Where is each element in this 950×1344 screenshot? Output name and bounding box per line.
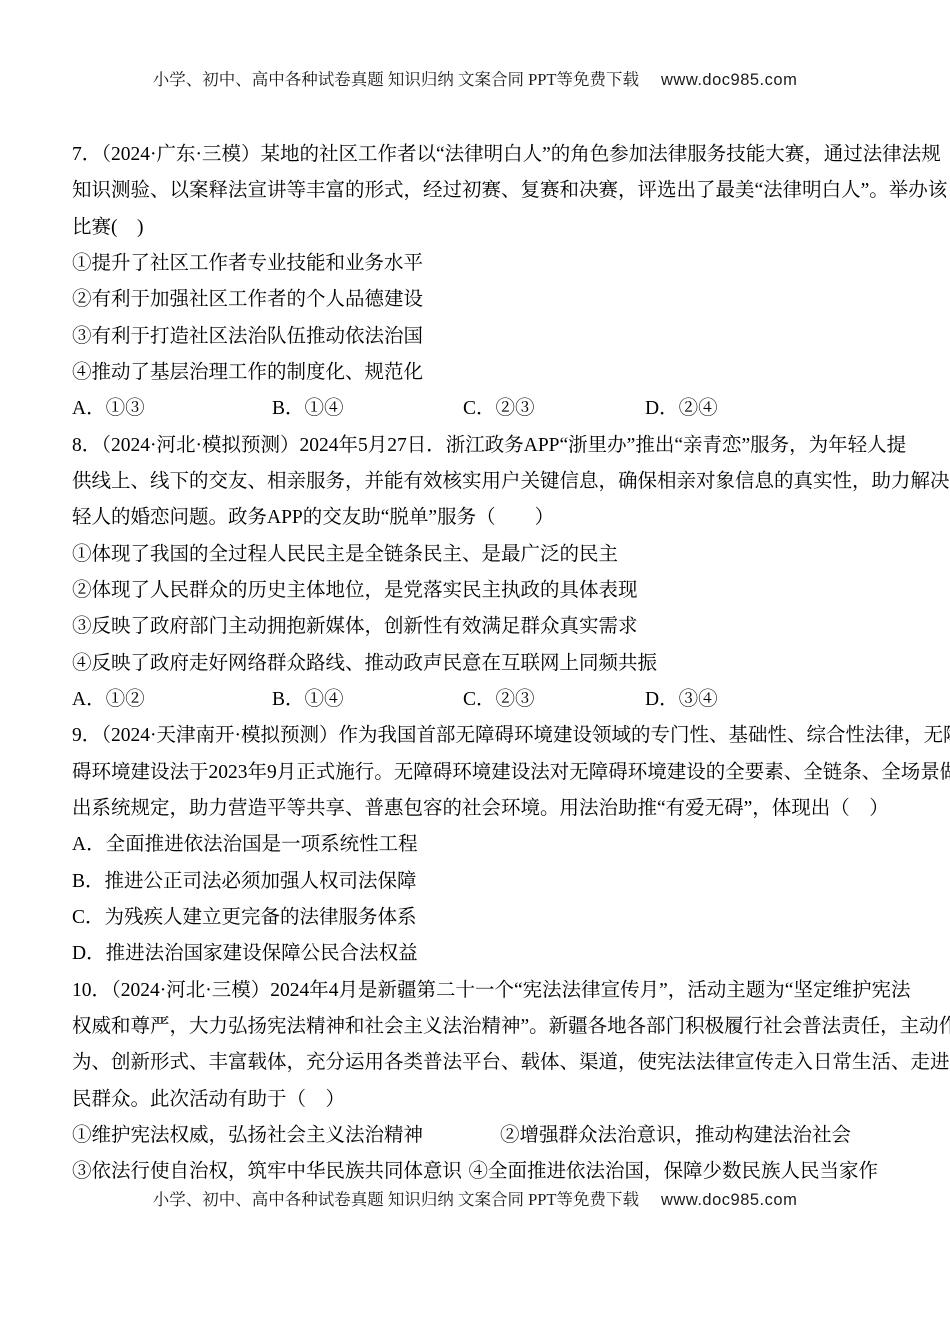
page-header: 小学、初中、高中各种试卷真题 知识归纳 文案合同 PPT等免费下载 www.do… [0, 66, 950, 90]
question-7-item-2: ②有利于加强社区工作者的个人品德建设 [72, 282, 878, 318]
questions-area: 7．（2024·广东·三模）某地的社区工作者以“法律明白人”的角色参加法律服务技… [72, 137, 878, 1191]
question-8-option-c: C．②③ [463, 682, 645, 718]
question-8-item-3: ③反映了政府部门主动拥抱新媒体，创新性有效满足群众真实需求 [72, 609, 878, 645]
question-8-item-2: ②体现了人民群众的历史主体地位，是党落实民主执政的具体表现 [72, 573, 878, 609]
page-footer: 小学、初中、高中各种试卷真题 知识归纳 文案合同 PPT等免费下载 www.do… [0, 1186, 950, 1210]
question-7-item-1: ①提升了社区工作者专业技能和业务水平 [72, 246, 878, 282]
question-7-option-d: D．②④ [645, 391, 878, 427]
question-8-stem-line-3: 轻人的婚恋问题。政务APP的交友助“脱单”服务（ ） [72, 500, 878, 536]
footer-site-url: www.doc985.com [661, 1191, 797, 1210]
header-site-url: www.doc985.com [661, 71, 797, 90]
question-7-stem-line-2: 知识测验、以案释法宣讲等丰富的形式，经过初赛、复赛和决赛，评选出了最美“法律明白… [72, 173, 878, 209]
question-8-option-d: D．③④ [645, 682, 878, 718]
question-10-item-2: ②增强群众法治意识，推动构建法治社会 [500, 1118, 878, 1154]
question-8-option-a: A．①② [72, 682, 272, 718]
question-10-items-row-1: ①维护宪法权威，弘扬社会主义法治精神 ②增强群众法治意识，推动构建法治社会 [72, 1118, 878, 1154]
question-7-option-a: A．①③ [72, 391, 272, 427]
question-9-option-c: C．为残疾人建立更完备的法律服务体系 [72, 900, 878, 936]
question-7-options-row: A．①③ B．①④ C．②③ D．②④ [72, 391, 878, 427]
question-7-option-c: C．②③ [463, 391, 645, 427]
question-7-option-b: B．①④ [272, 391, 463, 427]
header-promo-text: 小学、初中、高中各种试卷真题 知识归纳 文案合同 PPT等免费下载 [153, 66, 639, 90]
exam-document-page: 小学、初中、高中各种试卷真题 知识归纳 文案合同 PPT等免费下载 www.do… [0, 0, 950, 1344]
question-9-option-a: A．全面推进依法治国是一项系统性工程 [72, 827, 878, 863]
question-8-stem-line-2: 供线上、线下的交友、相亲服务，并能有效核实用户关键信息，确保相亲对象信息的真实性… [72, 464, 878, 500]
question-9-stem-line-1: 9．（2024·天津南开·模拟预测）作为我国首部无障碍环境建设领域的专门性、基础… [72, 718, 878, 754]
question-9-stem-line-3: 出系统规定，助力营造平等共享、普惠包容的社会环境。用法治助推“有爱无碍”，体现出… [72, 791, 878, 827]
question-8-stem-line-1: 8．（2024·河北·模拟预测）2024年5月27日．浙江政务APP“浙里办”推… [72, 428, 878, 464]
question-10-stem-line-1: 10．（2024·河北·三模）2024年4月是新疆第二十一个“宪法法律宣传月”，… [72, 973, 878, 1009]
footer-promo-text: 小学、初中、高中各种试卷真题 知识归纳 文案合同 PPT等免费下载 [153, 1186, 639, 1210]
question-7-stem-line-1: 7．（2024·广东·三模）某地的社区工作者以“法律明白人”的角色参加法律服务技… [72, 137, 878, 173]
question-7-stem-line-3: 比赛( ) [72, 210, 878, 246]
question-7-item-4: ④推动了基层治理工作的制度化、规范化 [72, 355, 878, 391]
question-10-stem-line-2: 权威和尊严，大力弘扬宪法精神和社会主义法治精神”。新疆各地各部门积极履行社会普法… [72, 1009, 878, 1045]
question-8-item-1: ①体现了我国的全过程人民民主是全链条民主、是最广泛的民主 [72, 537, 878, 573]
question-10-item-1: ①维护宪法权威，弘扬社会主义法治精神 [72, 1118, 500, 1154]
question-7-item-3: ③有利于打造社区法治队伍推动依法治国 [72, 319, 878, 355]
question-9-option-d: D．推进法治国家建设保障公民合法权益 [72, 936, 878, 972]
question-9-option-b: B．推进公正司法必须加强人权司法保障 [72, 864, 878, 900]
question-9: 9．（2024·天津南开·模拟预测）作为我国首部无障碍环境建设领域的专门性、基础… [72, 718, 878, 972]
question-10: 10．（2024·河北·三模）2024年4月是新疆第二十一个“宪法法律宣传月”，… [72, 973, 878, 1191]
question-8: 8．（2024·河北·模拟预测）2024年5月27日．浙江政务APP“浙里办”推… [72, 428, 878, 719]
question-10-stem-line-3: 为、创新形式、丰富载体，充分运用各类普法平台、载体、渠道，使宪法法律宣传走入日常… [72, 1045, 878, 1081]
question-8-options-row: A．①② B．①④ C．②③ D．③④ [72, 682, 878, 718]
question-9-stem-line-2: 碍环境建设法于2023年9月正式施行。无障碍环境建设法对无障碍环境建设的全要素、… [72, 755, 878, 791]
question-10-stem-line-4: 民群众。此次活动有助于（ ） [72, 1082, 878, 1118]
question-8-item-4: ④反映了政府走好网络群众路线、推动政声民意在互联网上同频共振 [72, 646, 878, 682]
question-7: 7．（2024·广东·三模）某地的社区工作者以“法律明白人”的角色参加法律服务技… [72, 137, 878, 428]
question-8-option-b: B．①④ [272, 682, 463, 718]
